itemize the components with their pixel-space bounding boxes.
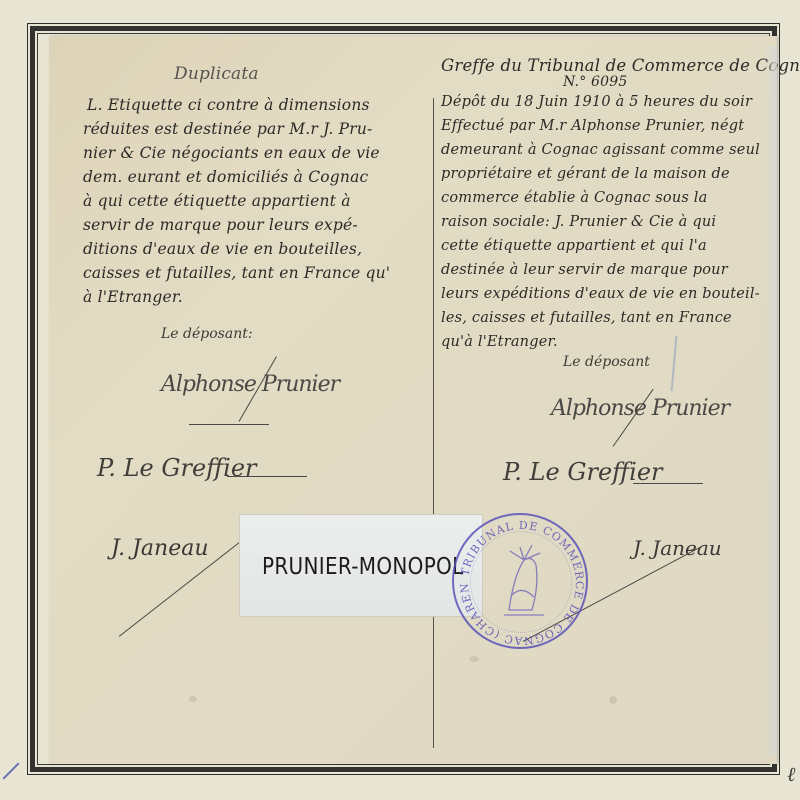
left-text-line: à qui cette étiquette appartient à xyxy=(83,192,351,210)
right-text-line: commerce établie à Cognac sous la xyxy=(441,190,708,206)
left-text-line: réduites est destinée par M.r J. Pru- xyxy=(83,120,372,138)
trademark-label: PRUNIER-MONOPOL xyxy=(239,514,483,617)
right-text-line: les, caisses et futailles, tant en Franc… xyxy=(441,310,732,326)
signature-flourish xyxy=(189,424,269,425)
svg-text:TRIBUNAL DE COMMERCE DE COGNAC: TRIBUNAL DE COMMERCE DE COGNAC (CHARENTE… xyxy=(454,515,586,647)
left-text-line: ditions d'eaux de vie en bouteilles, xyxy=(83,240,362,258)
left-text-line: à l'Etranger. xyxy=(83,288,183,306)
clerk-signature: J. Janeau xyxy=(111,536,209,561)
label-text: PRUNIER-MONOPOL xyxy=(262,552,464,580)
depositor-caption: Le déposant: xyxy=(161,326,253,342)
depositor-caption: Le déposant xyxy=(563,354,650,370)
depositor-signature: Alphonse Prunier xyxy=(161,372,339,397)
right-text-line: cette étiquette appartient et qui l'a xyxy=(441,238,707,254)
left-text-line: nier & Cie négociants en eaux de vie xyxy=(83,144,380,162)
clerk-signature: J. Janeau xyxy=(633,536,722,560)
deposit-number: N.° 6095 xyxy=(563,74,627,90)
right-text-line: destinée à leur servir de marque pour xyxy=(441,262,728,278)
right-text-line: propriétaire et gérant de la maison de xyxy=(441,166,730,182)
clerk-caption: P. Le Greffier xyxy=(503,458,663,486)
margin-mark: ℓ xyxy=(787,762,795,787)
registry-heading: Greffe du Tribunal de Commerce de Cognac xyxy=(441,56,800,75)
archive-page: Duplicata L. Etiquette ci contre à dimen… xyxy=(0,0,800,800)
duplicata-heading: Duplicata xyxy=(174,64,259,84)
signature-flourish xyxy=(227,476,307,477)
left-text-line: servir de marque pour leurs expé- xyxy=(83,216,358,234)
left-column: Duplicata L. Etiquette ci contre à dimen… xyxy=(49,36,433,756)
left-text-line: L. Etiquette ci contre à dimensions xyxy=(87,96,370,114)
clerk-caption: P. Le Greffier xyxy=(97,454,257,482)
signature-flourish xyxy=(633,483,703,484)
right-text-line: raison sociale: J. Prunier & Cie à qui xyxy=(441,214,716,230)
right-text-line: demeurant à Cognac agissant comme seul xyxy=(441,142,760,158)
right-text-line: Effectué par M.r Alphonse Prunier, négt xyxy=(441,118,744,134)
right-text-line: leurs expéditions d'eaux de vie en boute… xyxy=(441,286,760,302)
right-text-line: qu'à l'Etranger. xyxy=(441,334,558,350)
right-text-line: Dépôt du 18 Juin 1910 à 5 heures du soir xyxy=(441,94,752,110)
pencil-mark xyxy=(671,336,678,391)
ink-mark xyxy=(3,763,20,780)
stamp-emblem-icon: TRIBUNAL DE COMMERCE DE COGNAC (CHARENTE… xyxy=(454,515,590,651)
tribunal-stamp: TRIBUNAL DE COMMERCE DE COGNAC (CHARENTE… xyxy=(452,513,588,649)
document-sheet: Duplicata L. Etiquette ci contre à dimen… xyxy=(49,36,777,764)
left-text-line: caisses et futailles, tant en France qu' xyxy=(83,264,390,282)
left-text-line: dem. eurant et domiciliés à Cognac xyxy=(83,168,368,186)
